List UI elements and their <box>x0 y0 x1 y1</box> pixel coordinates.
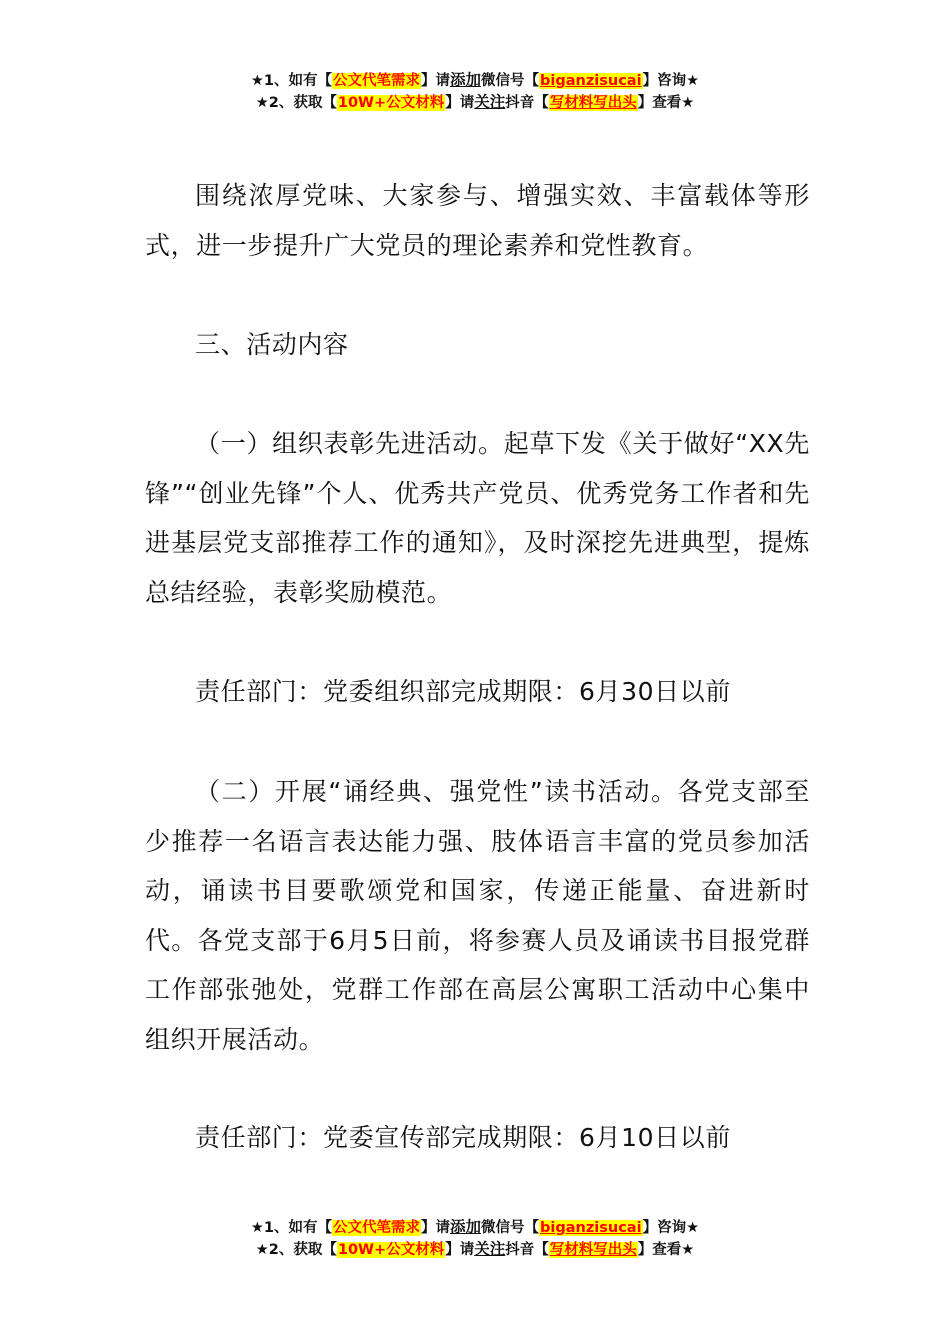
promo-highlight: 10W+公文材料 <box>337 95 445 111</box>
promo-text: 】咨询★ <box>643 73 700 89</box>
promo-line-2: ★2、获取【10W+公文材料】请关注抖音【写材料写出头】查看★ <box>0 1239 950 1261</box>
promo-douyin-id: 写材料写出头 <box>549 1242 638 1258</box>
promo-text: 】咨询★ <box>643 1220 700 1236</box>
section-heading: 三、活动内容 <box>145 320 810 370</box>
promo-text: 】查看★ <box>638 1242 695 1258</box>
promo-line-2: ★2、获取【10W+公文材料】请关注抖音【写材料写出头】查看★ <box>0 92 950 114</box>
promo-text: 】请 <box>421 73 450 89</box>
promo-text: 微信号【 <box>481 73 539 89</box>
promo-douyin-id: 写材料写出头 <box>549 95 638 111</box>
item-2-paragraph: （二）开展“诵经典、强党性”读书活动。各党支部至少推荐一名语言表达能力强、肢体语… <box>145 767 810 1064</box>
promo-wechat-id: biganzisucai <box>539 1220 643 1236</box>
promo-underlined-text: 添加 <box>450 1218 481 1236</box>
promo-highlight: 10W+公文材料 <box>337 1242 445 1258</box>
item-1-responsibility: 责任部门：党委组织部完成期限：6月30日以前 <box>145 667 810 717</box>
promo-underlined-text: 添加 <box>450 71 481 89</box>
promo-text: ★1、如有【 <box>251 1220 332 1236</box>
promo-text: 微信号【 <box>481 1220 539 1236</box>
promo-text: 抖音【 <box>505 1242 549 1258</box>
promo-banner-bottom: ★1、如有【公文代笔需求】请添加微信号【biganzisucai】咨询★ ★2、… <box>0 1217 950 1261</box>
promo-underlined-text: 关注 <box>474 1240 505 1258</box>
promo-text: 抖音【 <box>505 95 549 111</box>
promo-wechat-id: biganzisucai <box>539 73 643 89</box>
promo-text: ★2、获取【 <box>256 1242 337 1258</box>
intro-paragraph: 围绕浓厚党味、大家参与、增强实效、丰富载体等形式，进一步提升广大党员的理论素养和… <box>145 171 810 270</box>
promo-banner-top: ★1、如有【公文代笔需求】请添加微信号【biganzisucai】咨询★ ★2、… <box>0 70 950 114</box>
promo-text: 】请 <box>445 95 474 111</box>
promo-text: ★1、如有【 <box>251 73 332 89</box>
promo-text: 】请 <box>421 1220 450 1236</box>
promo-text: 】查看★ <box>638 95 695 111</box>
promo-text: 】请 <box>445 1242 474 1258</box>
item-2-responsibility: 责任部门：党委宣传部完成期限：6月10日以前 <box>145 1113 810 1163</box>
promo-line-1: ★1、如有【公文代笔需求】请添加微信号【biganzisucai】咨询★ <box>0 1217 950 1239</box>
promo-highlight: 公文代笔需求 <box>332 1220 421 1236</box>
promo-underlined-text: 关注 <box>474 93 505 111</box>
promo-line-1: ★1、如有【公文代笔需求】请添加微信号【biganzisucai】咨询★ <box>0 70 950 92</box>
promo-highlight: 公文代笔需求 <box>332 73 421 89</box>
promo-text: ★2、获取【 <box>256 95 337 111</box>
item-1-paragraph: （一）组织表彰先进活动。起草下发《关于做好“XX先锋”“创业先锋”个人、优秀共产… <box>145 419 810 617</box>
